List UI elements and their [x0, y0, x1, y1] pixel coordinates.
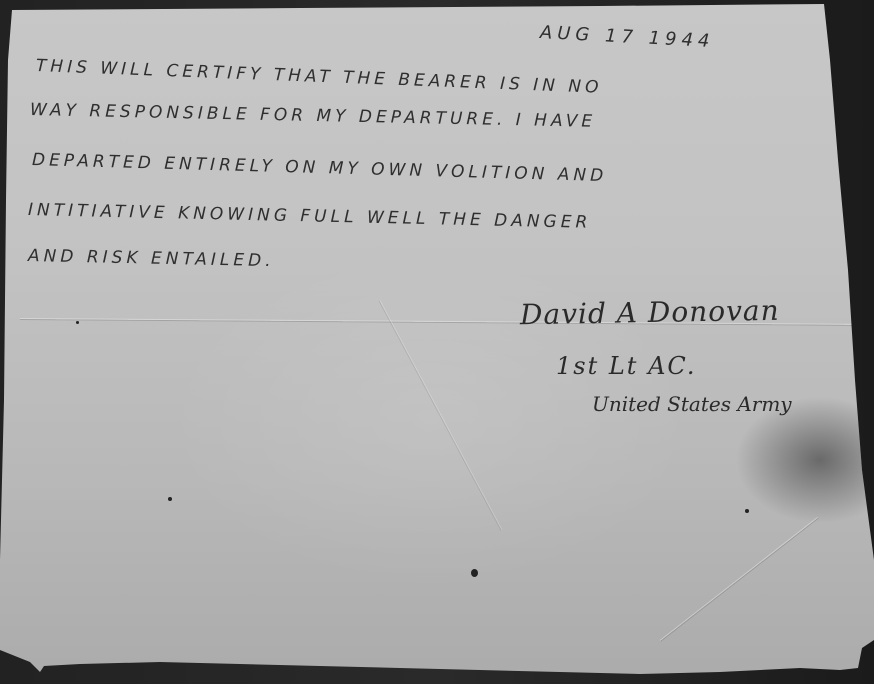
paper-crease [380, 300, 503, 530]
paper-crease [660, 517, 818, 641]
ink-speck [76, 321, 79, 324]
body-line-5: AND RISK ENTAILED. [28, 246, 275, 271]
ink-speck [745, 509, 749, 513]
body-line-1: THIS WILL CERTIFY THAT THE BEARER IS IN … [36, 56, 603, 98]
body-line-3: DEPARTED ENTIRELY ON MY OWN VOLITION AND [32, 150, 608, 186]
ink-speck [471, 569, 478, 577]
document-date: AUG 17 1944 [539, 22, 714, 52]
ink-speck [168, 497, 172, 501]
body-line-4: INTITIATIVE KNOWING FULL WELL THE DANGER [28, 200, 592, 233]
paper-sheet: AUG 17 1944 THIS WILL CERTIFY THAT THE B… [0, 0, 874, 684]
photo-scene: AUG 17 1944 THIS WILL CERTIFY THAT THE B… [0, 0, 874, 684]
signature-name: David A Donovan [520, 294, 780, 332]
signature-unit: United States Army [592, 392, 792, 416]
signature-rank: 1st Lt AC. [556, 352, 697, 380]
body-line-2: WAY RESPONSIBLE FOR MY DEPARTURE. I HAVE [30, 100, 597, 132]
